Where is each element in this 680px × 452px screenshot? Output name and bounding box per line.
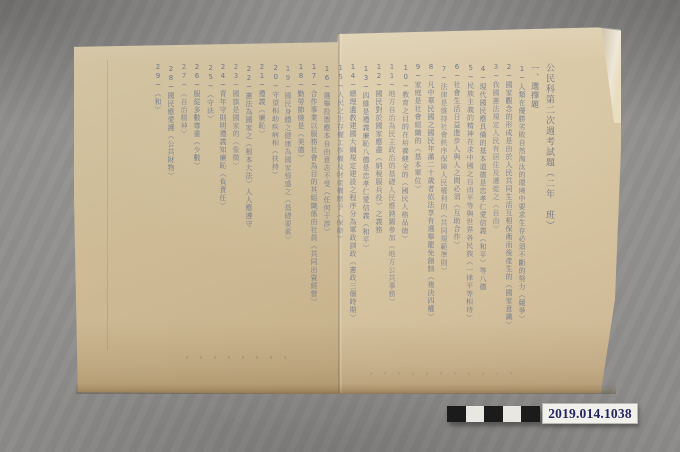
faint-pencil-marks [370,372,520,375]
text-column: 27~（自治精神） [177,63,190,355]
handwritten-text-block: 公民科第二次週考試題（二年 班） 一、選擇題 1~人類在優勝劣敗自然淘汰的環境中… [150,63,556,355]
text-column: 7~法律是維持社會秩序保障人民權利的（共同規範準則） [437,65,450,357]
text-column: 23~國旗是國家的（象徵） [229,63,242,355]
scale-square [466,406,485,422]
text-column: 24~青年守則明禮義知廉恥（負責任） [216,63,229,355]
text-column: 13~四維是禮義廉恥八德是忠孝仁愛信義（和平） [359,65,372,357]
text-column: 18~勤勞節儉是（美德） [294,63,307,355]
text-column: 4~現代國民應具備的基本道德是忠孝仁愛信義（和平）等八德 [476,65,489,357]
text-column: 20~守望相助疾病相（扶持） [267,64,282,356]
text-column: 17~合作事業以服務社會為目的其組織係由社員（共同出資經營） [307,63,320,355]
text-column: 9~家庭是社會組織的（基本單位） [411,63,424,355]
paper-bottom-shading [76,384,616,394]
calibration-scale-bar [447,406,540,422]
text-column: 6~社會生活日益進步人與人之間必須（互助合作） [450,63,463,355]
section-header: 一、選擇題 [527,64,542,356]
text-column: 1~人類在優勝劣敗自然淘汰的環境中要求生存必須不斷的努力（競爭） [515,65,528,357]
text-column: 19~國民身體之健康為國家強盛之（基礎要素） [281,65,294,357]
text-column: 28~國民應愛護（公共財物） [164,65,177,357]
document-title: 公民科第二次週考試題（二年 班） [541,63,556,355]
paper-margin-crease [107,60,108,350]
text-column: 26~服從多數尊重（少數） [190,63,203,355]
text-column: 8~凡中華民國之國民年滿二十歲者依法享有選舉罷免創制（複決四權） [424,63,437,355]
text-column: 10~教育之目的在培養健全的（國民人格品德） [397,64,412,356]
text-column: 5~民族主義的精神在求中國之自由平等與世界各民族（一律平等相待） [462,64,477,356]
scale-square [521,406,540,422]
text-column: 11~地方自治為民主政治的基礎人民應踴躍參加（地方公共事務） [385,63,398,355]
text-column: 21~禮義（廉恥） [255,63,268,355]
scale-square [447,406,466,422]
text-column: 3~我國憲法規定人民有居住及遷徙之（自由） [489,63,502,355]
text-column: 22~憲法為國家之（根本大法）人人應遵守 [242,65,255,357]
text-column: 2~國家觀念的形成是由於人民共同生活互相保衛而後產生的（國家意識） [502,63,515,355]
photography-backdrop: 公民科第二次週考試題（二年 班） 一、選擇題 1~人類在優勝劣敗自然淘汰的環境中… [0,0,680,452]
text-column: 16~選舉投票應本自由意志不受（任何干涉） [320,65,333,357]
scale-square [503,406,522,422]
text-column: 29~（和） [151,63,164,355]
text-column: 12~國民對於國家應盡（納稅服兵役）之義務 [372,63,385,355]
accession-number-label: 2019.014.1038 [542,403,638,424]
text-column: 15~人民之生存權工作權及財產權應予（保障） [332,64,347,356]
scale-square [484,406,503,422]
faint-pencil-marks [186,356,296,359]
text-column: 14~總理遺教建國大綱規定建設之程序分為軍政訓政（憲政三個時期） [346,63,359,355]
text-column: 25~（守法） [202,64,217,356]
